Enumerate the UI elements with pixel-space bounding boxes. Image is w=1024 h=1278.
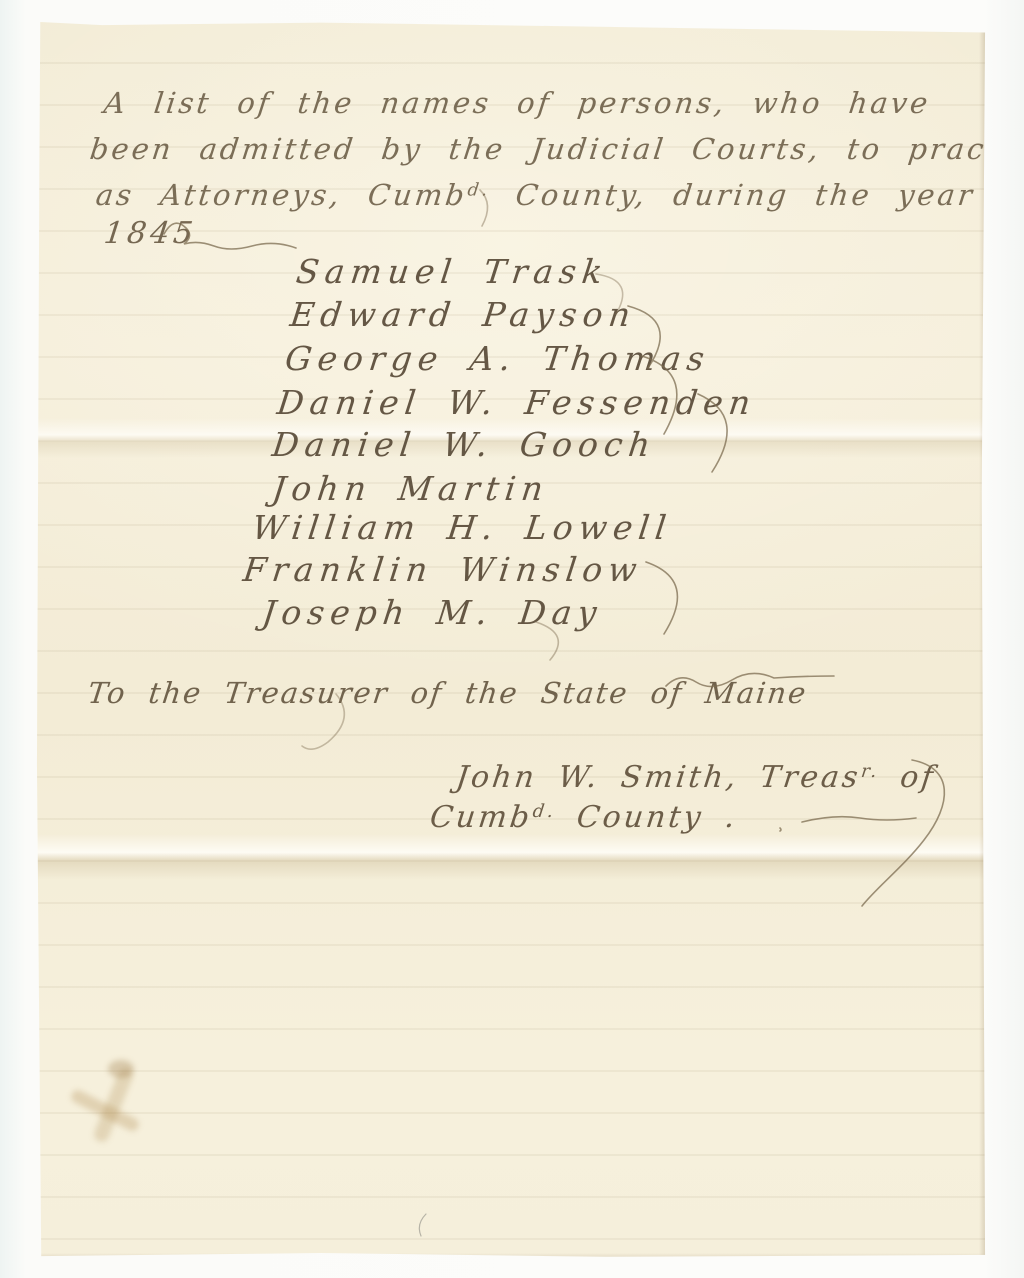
name-entry-1: Samuel Trask: [294, 252, 611, 291]
name-entry-2: Edward Payson: [288, 295, 638, 334]
name-entry-8: Franklin Winslow: [241, 550, 645, 589]
year-text: 1845: [102, 216, 199, 251]
signature-line-1: John W. Smith, Treasr. of: [454, 760, 938, 795]
heading-line-3-rest: County, during the year: [488, 178, 977, 212]
scanned-document-photo: A list of the names of persons, who have…: [0, 0, 1024, 1278]
name-entry-7: William H. Lowell: [250, 508, 674, 547]
signature-county: Cumb: [428, 800, 534, 835]
name-entry-5: Daniel W. Gooch: [270, 425, 658, 464]
small-check-mark: [419, 1214, 426, 1236]
name-entry-9: Joseph M. Day: [260, 593, 605, 632]
signature-line-2: Cumbd. County .: [428, 800, 740, 835]
addressee-line: To the Treasurer of the State of Maine: [86, 676, 809, 710]
stain-mark: [69, 1088, 141, 1133]
signature-name: John W. Smith, Treas: [454, 760, 863, 795]
name-entry-4: Daniel W. Fessenden: [275, 383, 759, 422]
name-entry-3: George A. Thomas: [283, 339, 712, 378]
superscript-d-2: d.: [532, 801, 558, 822]
stain-mark: [92, 1066, 135, 1144]
heading-line-2: been admitted by the Judicial Courts, to…: [88, 132, 1024, 166]
heading-line-1: A list of the names of persons, who have: [102, 86, 933, 120]
page-edge-shadow-right: [979, 22, 986, 1258]
signature-line-1-rest: of: [877, 760, 938, 795]
heading-line-3: as Attorneys, Cumbd. County, during the …: [94, 178, 977, 212]
fold-crease-lower: [36, 834, 986, 880]
page-edge-shadow-bottom: [36, 1253, 986, 1258]
signature-line-2-rest: County .: [553, 800, 740, 835]
stain-mark: [108, 1060, 134, 1078]
flourish-signature-dash: [780, 817, 916, 831]
name-entry-6: John Martin: [270, 469, 551, 508]
heading-line-3-text: as Attorneys, Cumb: [94, 178, 469, 212]
superscript-d: d.: [466, 180, 491, 200]
document-page: A list of the names of persons, who have…: [36, 22, 986, 1258]
flourish-after-winslow: [646, 562, 677, 634]
